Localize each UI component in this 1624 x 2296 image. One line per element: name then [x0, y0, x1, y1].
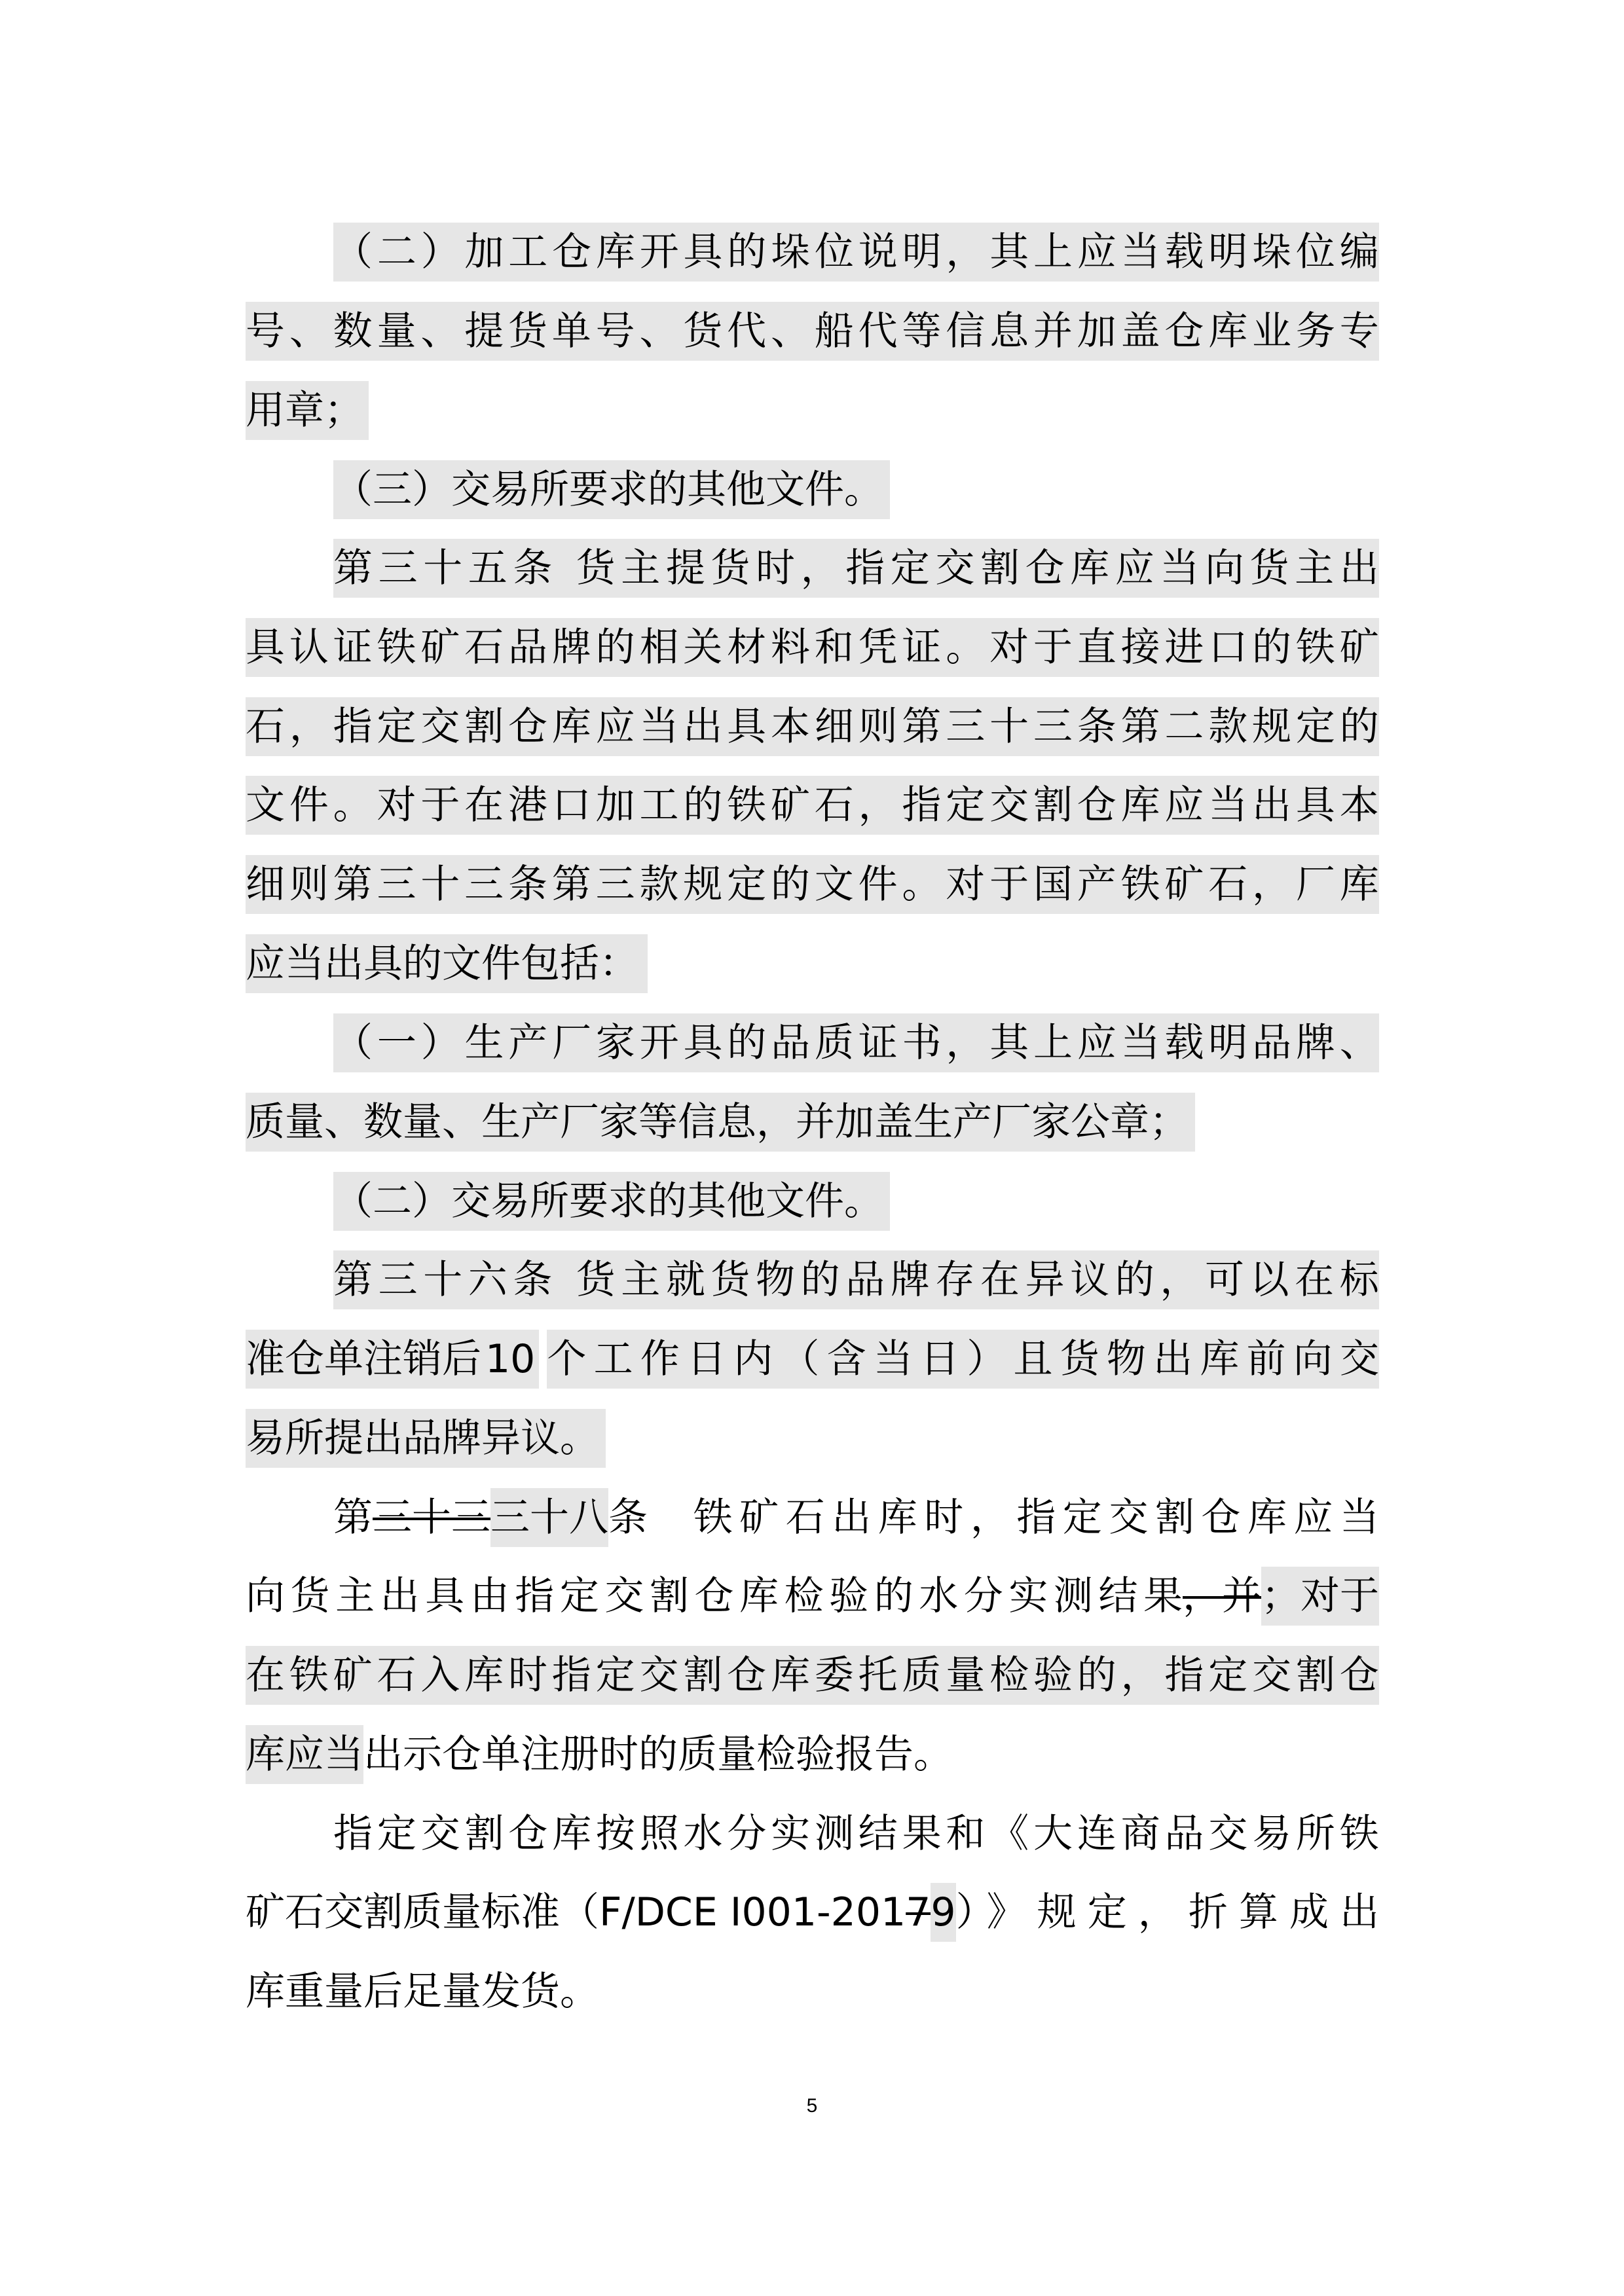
line-text: 库重量后足量发货。 — [246, 1962, 599, 2021]
line-text: （三）交易所要求的其他文件。 — [333, 460, 890, 519]
line-text: 具认证铁矿石品牌的相关材料和凭证。对于直接进口的铁矿 — [246, 618, 1379, 677]
article-35-heading-line: 第三十五条 货主提货时，指定交割仓库应当向货主出 — [333, 539, 1379, 598]
text-line: （三）交易所要求的其他文件。 — [333, 460, 890, 519]
text-line: 应当出具的文件包括： — [246, 934, 648, 993]
line-text: 文件。对于在港口加工的铁矿石，指定交割仓库应当出具本 — [246, 776, 1379, 835]
deleted-text: 三十三 — [373, 1488, 490, 1547]
deleted-text: ，并 — [1183, 1567, 1261, 1626]
line-text: 用章； — [246, 381, 369, 440]
line-text: 细则第三十三条第三款规定的文件。对于国产铁矿石，厂库 — [246, 855, 1379, 914]
line-text: 第三十六条 货主就货物的品牌存在异议的，可以在标 — [333, 1250, 1379, 1309]
line-segment: 向货主出具由指定交割仓库检验的水分实测结果 — [246, 1567, 1183, 1626]
line-text: 在铁矿石入库时指定交割仓库委托质量检验的，指定交割仓 — [246, 1646, 1379, 1705]
text-line: 号、数量、提货单号、货代、船代等信息并加盖仓库业务专 — [246, 302, 1379, 361]
line-text: 号、数量、提货单号、货代、船代等信息并加盖仓库业务专 — [246, 302, 1379, 361]
page-number: 5 — [804, 2095, 820, 2117]
text-line: 细则第三十三条第三款规定的文件。对于国产铁矿石，厂库 — [246, 855, 1379, 914]
text-line: 具认证铁矿石品牌的相关材料和凭证。对于直接进口的铁矿 — [246, 618, 1379, 677]
line-text: （二）加工仓库开具的垛位说明，其上应当载明垛位编 — [333, 223, 1379, 282]
line-segment: 第 — [333, 1488, 373, 1547]
document-page: （二）加工仓库开具的垛位说明，其上应当载明垛位编 号、数量、提货单号、货代、船代… — [0, 0, 1624, 2296]
text-line: 石，指定交割仓库应当出具本细则第三十三条第二款规定的 — [246, 697, 1379, 756]
text-line: 准仓单注销后 10 个工作日内（含当日）且货物出库前向交 — [246, 1330, 1379, 1389]
article-38-heading-line: 第 三十三 三十八 条 铁矿石出库时，指定交割仓库应当 — [333, 1488, 1379, 1547]
highlighted-text: 库应当 — [246, 1725, 363, 1784]
text-line: 库重量后足量发货。 — [246, 1962, 599, 2021]
line-segment: ）》规定，折算成出 — [956, 1883, 1379, 1942]
text-line: （二）加工仓库开具的垛位说明，其上应当载明垛位编 — [333, 223, 1379, 282]
line-segment: 准仓单注销后 — [246, 1330, 481, 1389]
line-segment: 出示仓单注册时的质量检验报告。 — [363, 1725, 953, 1784]
line-text: 易所提出品牌异议。 — [246, 1409, 606, 1468]
text-line: 质量、数量、生产厂家等信息，并加盖生产厂家公章； — [246, 1093, 1195, 1152]
text-line: 用章； — [246, 381, 369, 440]
text-line: （一）生产厂家开具的品质证书，其上应当载明品牌、 — [333, 1013, 1379, 1072]
line-segment: 条 铁矿石出库时，指定交割仓库应当 — [608, 1488, 1379, 1547]
line-text: 质量、数量、生产厂家等信息，并加盖生产厂家公章； — [246, 1093, 1195, 1152]
text-line: 文件。对于在港口加工的铁矿石，指定交割仓库应当出具本 — [246, 776, 1379, 835]
text-line: 向货主出具由指定交割仓库检验的水分实测结果 ，并 ；对于 — [246, 1567, 1379, 1626]
text-line: （二）交易所要求的其他文件。 — [333, 1172, 890, 1231]
line-text: 石，指定交割仓库应当出具本细则第三十三条第二款规定的 — [246, 697, 1379, 756]
line-text: （一）生产厂家开具的品质证书，其上应当载明品牌、 — [333, 1013, 1379, 1072]
line-segment: 个工作日内（含当日）且货物出库前向交 — [547, 1330, 1379, 1389]
text-line: 指定交割仓库按照水分实测结果和《大连商品交易所铁 — [333, 1804, 1379, 1863]
text-line: 库应当 出示仓单注册时的质量检验报告。 — [246, 1725, 953, 1784]
line-text: 应当出具的文件包括： — [246, 934, 648, 993]
text-line: 易所提出品牌异议。 — [246, 1409, 606, 1468]
line-segment: 矿石交割质量标准（F/DCE I001-201 — [246, 1883, 906, 1942]
article-36-heading-line: 第三十六条 货主就货物的品牌存在异议的，可以在标 — [333, 1250, 1379, 1309]
deleted-text: 7 — [906, 1883, 931, 1942]
inserted-text: 三十八 — [490, 1488, 608, 1547]
text-line: 在铁矿石入库时指定交割仓库委托质量检验的，指定交割仓 — [246, 1646, 1379, 1705]
line-text: （二）交易所要求的其他文件。 — [333, 1172, 890, 1231]
inserted-text: ；对于 — [1261, 1567, 1379, 1626]
line-text: 第三十五条 货主提货时，指定交割仓库应当向货主出 — [333, 539, 1379, 598]
line-segment-number: 10 — [481, 1330, 539, 1389]
line-text: 指定交割仓库按照水分实测结果和《大连商品交易所铁 — [333, 1804, 1379, 1863]
inserted-text: 9 — [931, 1883, 955, 1942]
text-line: 矿石交割质量标准（F/DCE I001-201 7 9 ）》规定，折算成出 — [246, 1883, 1379, 1942]
